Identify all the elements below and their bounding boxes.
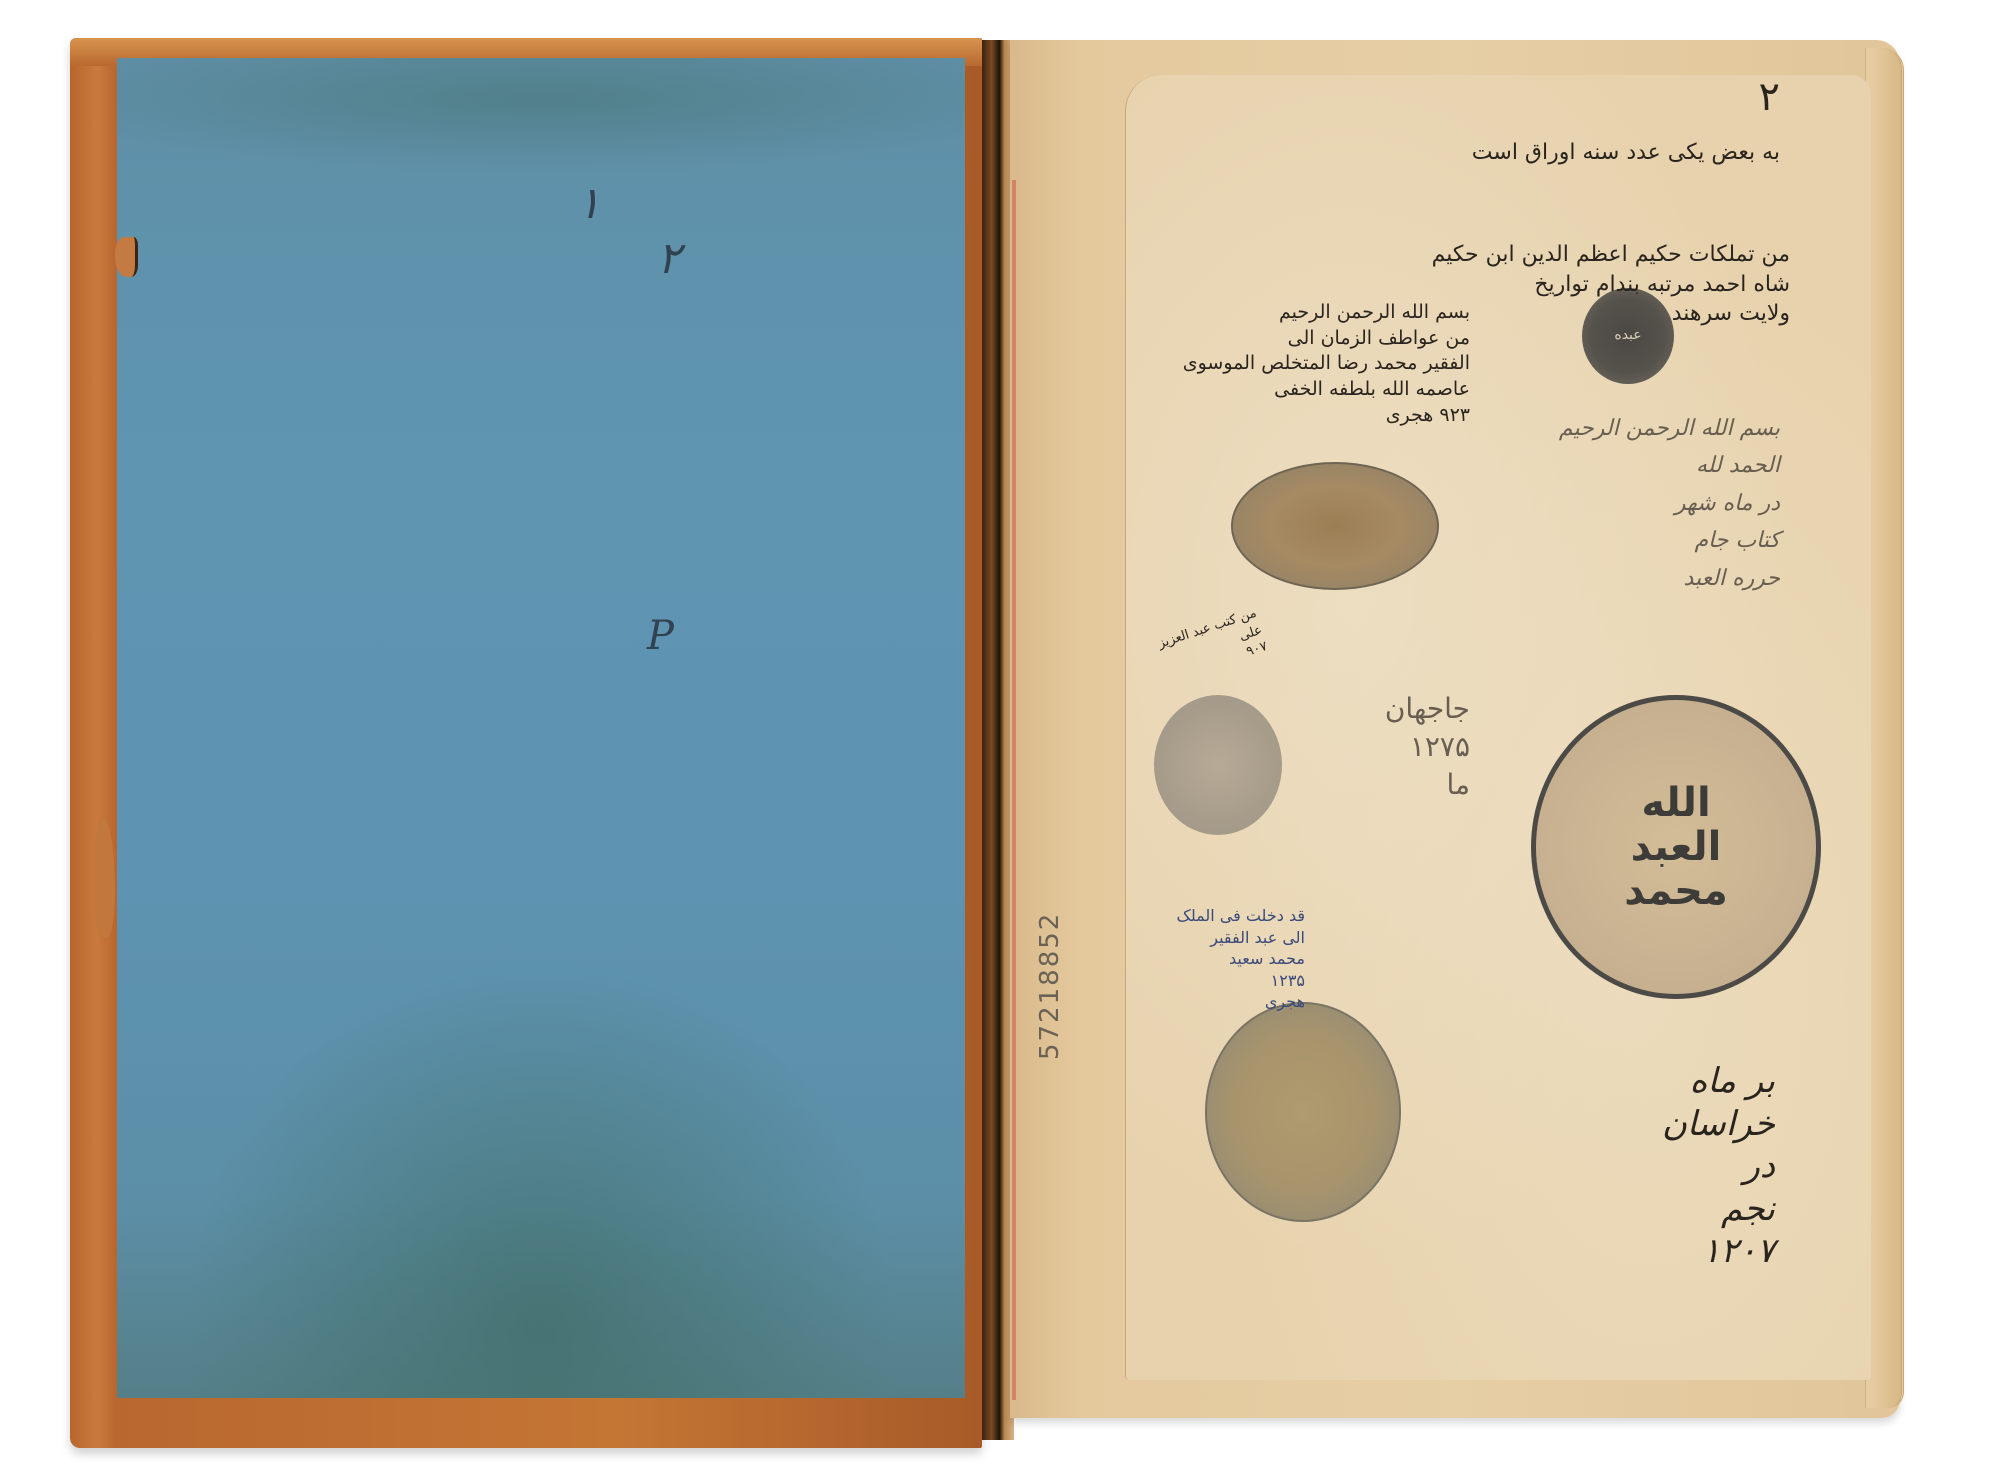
bottom-oval-seal bbox=[1205, 1002, 1401, 1222]
inscription-top-line: به بعض یکی عدد سنه اوراق است bbox=[1470, 138, 1780, 168]
blue-pastedown-paper: ١ ٢ P bbox=[117, 58, 965, 1398]
inscription-blue-ink-note: قد دخلت فی الملک الی عبد الفقیر محمد سعی… bbox=[1140, 905, 1305, 1013]
grey-seal bbox=[1154, 695, 1282, 835]
pencil-mark-p: P bbox=[647, 613, 674, 659]
pencil-mark-2: ٢ bbox=[657, 233, 681, 284]
red-edge-trace bbox=[1012, 180, 1016, 1400]
large-calligraphic-seal: الله العبد محمد bbox=[1531, 695, 1821, 999]
pencil-mark-1: ١ bbox=[577, 178, 601, 229]
inscription-ownership: من تملکات حکیم اعظم الدین ابن حکیم شاه ا… bbox=[1420, 240, 1790, 329]
leather-front-board: ١ ٢ P bbox=[70, 38, 982, 1448]
inscription-bottom-right: بر ماه خراسان در نجم ۱۲۰۷ bbox=[1485, 1060, 1775, 1273]
leather-tear bbox=[115, 237, 138, 277]
seal-text: الله العبد محمد bbox=[1586, 753, 1765, 941]
accession-number: 57218852 bbox=[1035, 912, 1065, 1060]
inscription-cursive-block: بسم الله الرحمن الرحیم الحمد لله در ماه … bbox=[1545, 410, 1780, 597]
inscription-bismillah-note: بسم الله الرحمن الرحیم من عواطف الزمان ا… bbox=[1150, 300, 1470, 428]
leather-tear bbox=[95, 818, 115, 938]
folio-number: ٢ bbox=[1740, 70, 1780, 124]
inscription-middle-script: جاجهان ۱۲۷۵ ما bbox=[1290, 690, 1470, 803]
brown-oval-seal bbox=[1231, 462, 1439, 590]
